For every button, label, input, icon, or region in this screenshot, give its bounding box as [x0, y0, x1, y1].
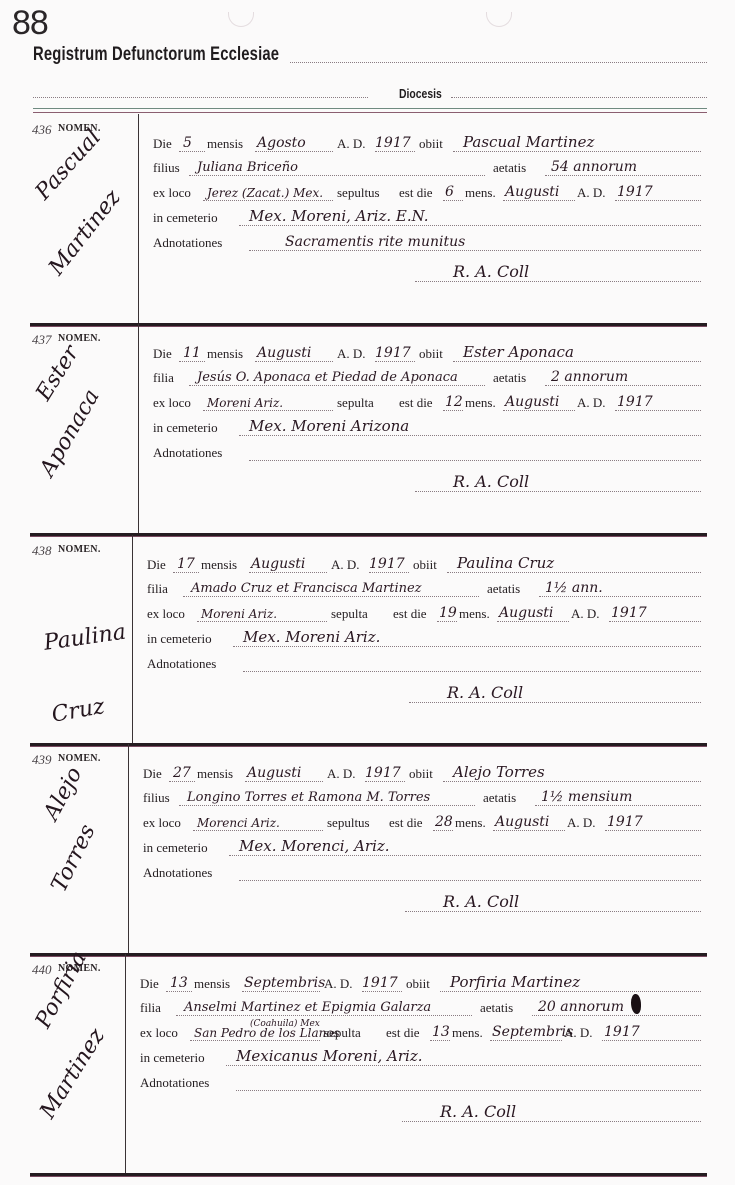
death-month: Septembris: [244, 975, 325, 991]
burial-month-line: [497, 621, 569, 622]
burial-day-line: [437, 621, 457, 622]
ex-loco-label: ex loco: [143, 815, 181, 831]
deceased-last-name: Martinez: [44, 185, 126, 280]
parents-line: [189, 385, 485, 386]
signature-row: R. A. Coll: [153, 474, 701, 494]
age: 20 annorum: [538, 999, 624, 1015]
burial-month: Septembris: [492, 1024, 573, 1040]
signature-line: [402, 1121, 701, 1122]
die-label: Die: [140, 976, 159, 992]
obiit-line: [453, 361, 701, 362]
nomen-label: NOMEN.: [58, 544, 101, 555]
place-of-origin: Moreni Ariz.: [201, 607, 277, 621]
sepult-label: sepultus: [327, 815, 370, 831]
entry-form: Die 5 mensis Agosto A. D. 1917 obiit Pas…: [139, 114, 707, 323]
est-die-label: est die: [399, 185, 433, 201]
cemetery-line: [239, 435, 701, 436]
burial-row: ex loco San Pedro de los Llanos (Coahuil…: [140, 1023, 701, 1043]
register-entry: 440 NOMEN. Porfiria Martinez Die 13 mens…: [30, 954, 707, 1176]
diocese-leader-left: [33, 97, 368, 98]
in-cemeterio-label: in cemeterio: [153, 210, 218, 226]
adnotationes-label: Adnotationes: [143, 865, 212, 881]
sepult-label: sepulta: [324, 1025, 361, 1041]
cemetery-row: in cemeterio Mex. Moreni Arizona: [153, 418, 701, 438]
parents-line: [183, 596, 479, 597]
aetatis-line: [545, 385, 701, 386]
death-month: Augusti: [247, 765, 301, 781]
signature-line: [415, 281, 701, 282]
aetatis-line: [545, 175, 701, 176]
burial-day: 28: [435, 814, 453, 830]
binder-hole: [486, 12, 512, 27]
burial-day-line: [443, 410, 463, 411]
burial-year: 1917: [617, 394, 653, 410]
death-month: Augusti: [257, 345, 311, 361]
entry-number: 440: [32, 962, 52, 978]
adnotationes-label: Adnotationes: [140, 1075, 209, 1091]
in-cemeterio-label: in cemeterio: [143, 840, 208, 856]
death-year: 1917: [375, 135, 411, 151]
death-year: 1917: [362, 975, 398, 991]
aetatis-label: aetatis: [493, 370, 526, 386]
death-day: 11: [183, 345, 201, 361]
death-date-row: Die 13 mensis Septembris A. D. 1917 obii…: [140, 974, 701, 994]
entry-bottom-rule: [30, 1173, 707, 1176]
cemetery-name: Mex. Morenci, Ariz.: [239, 837, 390, 855]
register-entry: 439 NOMEN. Alejo Torres Die 27 mensis Au…: [30, 744, 707, 956]
burial-month: Augusti: [505, 184, 559, 200]
mens-label: mens.: [465, 185, 496, 201]
burial-anno-domini-label: A. D.: [564, 1025, 593, 1041]
death-year: 1917: [365, 765, 401, 781]
deceased-first-name: Alejo: [39, 763, 87, 824]
deceased-first-name: Porfiria: [31, 947, 92, 1032]
deceased-full-name: Ester Aponaca: [463, 343, 574, 361]
die-line: [169, 781, 195, 782]
cemetery-line: [226, 1065, 701, 1066]
deceased-full-name: Pascual Martinez: [463, 133, 594, 151]
diocese-row: Diocesis: [33, 86, 707, 102]
ex-loco-line: [203, 200, 333, 201]
burial-year: 1917: [617, 184, 653, 200]
burial-year-line: [609, 621, 701, 622]
entry-form: Die 13 mensis Septembris A. D. 1917 obii…: [126, 954, 707, 1173]
ex-loco-line: [190, 1040, 320, 1041]
ex-loco-label: ex loco: [153, 185, 191, 201]
binder-hole: [228, 12, 254, 27]
annotations-row: Adnotationes: [143, 863, 701, 883]
cemetery-line: [229, 855, 701, 856]
year-line: [375, 151, 415, 152]
in-cemeterio-label: in cemeterio: [147, 631, 212, 647]
burial-row: ex loco Jerez (Zacat.) Mex. sepultus est…: [153, 183, 701, 203]
entry-number: 439: [32, 752, 52, 768]
register-entry: 437 NOMEN. Ester Aponaca Die 11 mensis A…: [30, 324, 707, 536]
burial-anno-domini-label: A. D.: [571, 606, 600, 622]
filius-label: filius: [143, 790, 170, 806]
burial-row: ex loco Moreni Ariz. sepulta est die 12 …: [153, 393, 701, 413]
burial-anno-domini-label: A. D.: [577, 185, 606, 201]
deceased-full-name: Alejo Torres: [453, 763, 545, 781]
deceased-full-name: Porfiria Martinez: [450, 973, 580, 991]
die-line: [166, 991, 192, 992]
anno-domini-label: A. D.: [327, 766, 356, 782]
place-of-origin: Moreni Ariz.: [207, 396, 283, 410]
filius-label: filia: [147, 581, 168, 597]
cemetery-row: in cemeterio Mex. Moreni Ariz.: [147, 629, 701, 649]
priest-signature: R. A. Coll: [453, 262, 529, 281]
cemetery-name: Mex. Moreni Arizona: [249, 417, 409, 435]
obiit-line: [453, 151, 701, 152]
burial-month-line: [503, 200, 575, 201]
parents-row: filius Longino Torres et Ramona M. Torre…: [143, 788, 701, 808]
burial-year-line: [615, 410, 701, 411]
annotations-text: Sacramentis rite munitus: [285, 234, 465, 250]
ink-blot: [631, 994, 641, 1014]
parents-line: [189, 175, 485, 176]
signature-row: R. A. Coll: [153, 264, 701, 284]
annotations-row: Adnotationes Sacramentis rite munitus: [153, 233, 701, 253]
in-cemeterio-label: in cemeterio: [140, 1050, 205, 1066]
burial-year: 1917: [604, 1024, 640, 1040]
title-leader-line: [290, 62, 707, 63]
entry-number: 438: [32, 543, 52, 559]
burial-anno-domini-label: A. D.: [577, 395, 606, 411]
entry-form: Die 27 mensis Augusti A. D. 1917 obiit A…: [129, 744, 707, 953]
burial-month: Augusti: [499, 605, 553, 621]
burial-year: 1917: [611, 605, 647, 621]
deceased-last-name: Torres: [47, 821, 101, 896]
cemetery-name: Mex. Moreni Ariz.: [243, 628, 380, 646]
burial-day: 6: [445, 184, 454, 200]
signature-line: [409, 702, 701, 703]
diocese-label: Diocesis: [399, 86, 442, 101]
mensis-line: [249, 572, 327, 573]
burial-day: 13: [432, 1024, 450, 1040]
mens-label: mens.: [452, 1025, 483, 1041]
ex-loco-line: [197, 621, 327, 622]
mensis-line: [255, 361, 333, 362]
death-day: 13: [170, 975, 188, 991]
header-rule: [33, 108, 707, 113]
parents-row: filia Anselmi Martinez et Epigmia Galarz…: [140, 998, 701, 1018]
burial-day-line: [430, 1040, 450, 1041]
year-line: [375, 361, 415, 362]
priest-signature: R. A. Coll: [443, 892, 519, 911]
burial-year-line: [605, 830, 701, 831]
death-date-row: Die 5 mensis Agosto A. D. 1917 obiit Pas…: [153, 134, 701, 154]
aetatis-label: aetatis: [483, 790, 516, 806]
death-day: 5: [183, 135, 192, 151]
ex-loco-label: ex loco: [153, 395, 191, 411]
burial-day: 12: [445, 394, 463, 410]
death-date-row: Die 17 mensis Augusti A. D. 1917 obiit P…: [147, 555, 701, 575]
mensis-label: mensis: [194, 976, 230, 992]
ex-loco-label: ex loco: [147, 606, 185, 622]
mens-label: mens.: [465, 395, 496, 411]
signature-row: R. A. Coll: [147, 685, 701, 705]
parents-row: filius Juliana Briceño aetatis 54 annoru…: [153, 158, 701, 178]
est-die-label: est die: [389, 815, 423, 831]
parents-line: [176, 1015, 472, 1016]
signature-line: [405, 911, 701, 912]
die-line: [179, 151, 205, 152]
obiit-line: [447, 572, 701, 573]
mensis-label: mensis: [201, 557, 237, 573]
register-entry: 438 NOMEN. Paulina Cruz Die 17 mensis Au…: [30, 535, 707, 746]
mens-label: mens.: [455, 815, 486, 831]
deceased-last-name: Cruz: [50, 694, 107, 728]
mensis-label: mensis: [207, 136, 243, 152]
mensis-label: mensis: [207, 346, 243, 362]
year-line: [365, 781, 405, 782]
annotations-row: Adnotationes: [147, 654, 701, 674]
death-year: 1917: [369, 556, 405, 572]
priest-signature: R. A. Coll: [447, 683, 523, 702]
deceased-full-name: Paulina Cruz: [457, 554, 554, 572]
ex-loco-line: [193, 830, 323, 831]
sepult-label: sepulta: [337, 395, 374, 411]
age: 1½ ann.: [545, 580, 603, 596]
parents-row: filia Amado Cruz et Francisca Martinez a…: [147, 579, 701, 599]
burial-year-line: [615, 200, 701, 201]
cemetery-row: in cemeterio Mex. Morenci, Ariz.: [143, 838, 701, 858]
age: 54 annorum: [551, 159, 637, 175]
burial-year-line: [602, 1040, 701, 1041]
burial-row: ex loco Moreni Ariz. sepulta est die 19 …: [147, 604, 701, 624]
parents-row: filia Jesús O. Aponaca et Piedad de Apon…: [153, 368, 701, 388]
annotations-line: [236, 1090, 701, 1091]
mensis-label: mensis: [197, 766, 233, 782]
age: 1½ mensium: [541, 789, 632, 805]
burial-month: Augusti: [495, 814, 549, 830]
cemetery-row: in cemeterio Mex. Moreni, Ariz. E.N.: [153, 208, 701, 228]
die-line: [179, 361, 205, 362]
year-line: [369, 572, 409, 573]
cemetery-name: Mex. Moreni, Ariz. E.N.: [249, 207, 429, 225]
obiit-label: obiit: [419, 346, 443, 362]
cemetery-line: [239, 225, 701, 226]
burial-row: ex loco Morenci Ariz. sepultus est die 2…: [143, 813, 701, 833]
entry-form: Die 11 mensis Augusti A. D. 1917 obiit E…: [139, 324, 707, 533]
aetatis-line: [539, 596, 701, 597]
sepult-label: sepulta: [331, 606, 368, 622]
mensis-line: [245, 781, 323, 782]
place-of-origin-note: (Coahuila) Mex: [250, 1019, 320, 1029]
signature-row: R. A. Coll: [140, 1104, 701, 1124]
est-die-label: est die: [393, 606, 427, 622]
anno-domini-label: A. D.: [337, 346, 366, 362]
annotations-line: [249, 250, 701, 251]
filius-label: filia: [140, 1000, 161, 1016]
obiit-label: obiit: [419, 136, 443, 152]
death-month: Agosto: [257, 135, 306, 151]
die-line: [173, 572, 199, 573]
adnotationes-label: Adnotationes: [153, 445, 222, 461]
page-number: 88: [12, 6, 48, 40]
aetatis-label: aetatis: [487, 581, 520, 597]
in-cemeterio-label: in cemeterio: [153, 420, 218, 436]
register-title: Registrum Defunctorum Ecclesiae: [33, 44, 279, 66]
burial-month-line: [490, 1040, 562, 1041]
cemetery-line: [233, 646, 701, 647]
parents-names: Anselmi Martinez et Epigmia Galarza: [184, 1000, 431, 1015]
burial-day-line: [443, 200, 463, 201]
entry-number: 437: [32, 332, 52, 348]
burial-month-line: [493, 830, 565, 831]
adnotationes-label: Adnotationes: [147, 656, 216, 672]
signature-line: [415, 491, 701, 492]
register-entry: 436 NOMEN. Pascual Martinez Die 5 mensis…: [30, 114, 707, 326]
obiit-line: [443, 781, 701, 782]
ex-loco-line: [203, 410, 333, 411]
diocese-leader-right: [451, 97, 707, 98]
die-label: Die: [153, 136, 172, 152]
ex-loco-label: ex loco: [140, 1025, 178, 1041]
annotations-line: [239, 880, 701, 881]
parents-names: Jesús O. Aponaca et Piedad de Aponaca: [197, 370, 458, 385]
burial-month: Augusti: [505, 394, 559, 410]
obiit-line: [440, 991, 701, 992]
annotations-line: [249, 460, 701, 461]
burial-day-line: [433, 830, 453, 831]
die-label: Die: [153, 346, 172, 362]
parents-names: Amado Cruz et Francisca Martinez: [191, 581, 422, 596]
burial-day: 19: [439, 605, 457, 621]
burial-year: 1917: [607, 814, 643, 830]
anno-domini-label: A. D.: [337, 136, 366, 152]
place-of-origin: Jerez (Zacat.) Mex.: [207, 186, 323, 200]
cemetery-row: in cemeterio Mexicanus Moreni, Ariz.: [140, 1048, 701, 1068]
parents-names: Longino Torres et Ramona M. Torres: [187, 790, 430, 805]
entry-form: Die 17 mensis Augusti A. D. 1917 obiit P…: [133, 535, 707, 743]
filius-label: filia: [153, 370, 174, 386]
priest-signature: R. A. Coll: [453, 472, 529, 491]
obiit-label: obiit: [409, 766, 433, 782]
annotations-row: Adnotationes: [153, 443, 701, 463]
year-line: [362, 991, 402, 992]
deceased-last-name: Martinez: [35, 1024, 110, 1123]
sepult-label: sepultus: [337, 185, 380, 201]
death-date-row: Die 27 mensis Augusti A. D. 1917 obiit A…: [143, 764, 701, 784]
aetatis-label: aetatis: [493, 160, 526, 176]
annotations-line: [243, 671, 701, 672]
adnotationes-label: Adnotationes: [153, 235, 222, 251]
cemetery-name: Mexicanus Moreni, Ariz.: [236, 1047, 423, 1065]
annotations-row: Adnotationes: [140, 1073, 701, 1093]
anno-domini-label: A. D.: [331, 557, 360, 573]
aetatis-line: [535, 805, 701, 806]
burial-anno-domini-label: A. D.: [567, 815, 596, 831]
burial-month-line: [503, 410, 575, 411]
mensis-line: [255, 151, 333, 152]
mens-label: mens.: [459, 606, 490, 622]
die-label: Die: [143, 766, 162, 782]
anno-domini-label: A. D.: [324, 976, 353, 992]
death-year: 1917: [375, 345, 411, 361]
est-die-label: est die: [386, 1025, 420, 1041]
age: 2 annorum: [551, 369, 628, 385]
deceased-first-name: Paulina: [42, 620, 127, 656]
obiit-label: obiit: [413, 557, 437, 573]
place-of-origin: Morenci Ariz.: [197, 816, 280, 830]
est-die-label: est die: [399, 395, 433, 411]
aetatis-line: [532, 1015, 701, 1016]
entry-number: 436: [32, 122, 52, 138]
parents-names: Juliana Briceño: [197, 160, 298, 175]
mensis-line: [242, 991, 320, 992]
death-day: 27: [173, 765, 191, 781]
aetatis-label: aetatis: [480, 1000, 513, 1016]
death-day: 17: [177, 556, 195, 572]
priest-signature: R. A. Coll: [440, 1102, 516, 1121]
signature-row: R. A. Coll: [143, 894, 701, 914]
death-month: Augusti: [251, 556, 305, 572]
parents-line: [179, 805, 475, 806]
die-label: Die: [147, 557, 166, 573]
filius-label: filius: [153, 160, 180, 176]
death-date-row: Die 11 mensis Augusti A. D. 1917 obiit E…: [153, 344, 701, 364]
obiit-label: obiit: [406, 976, 430, 992]
